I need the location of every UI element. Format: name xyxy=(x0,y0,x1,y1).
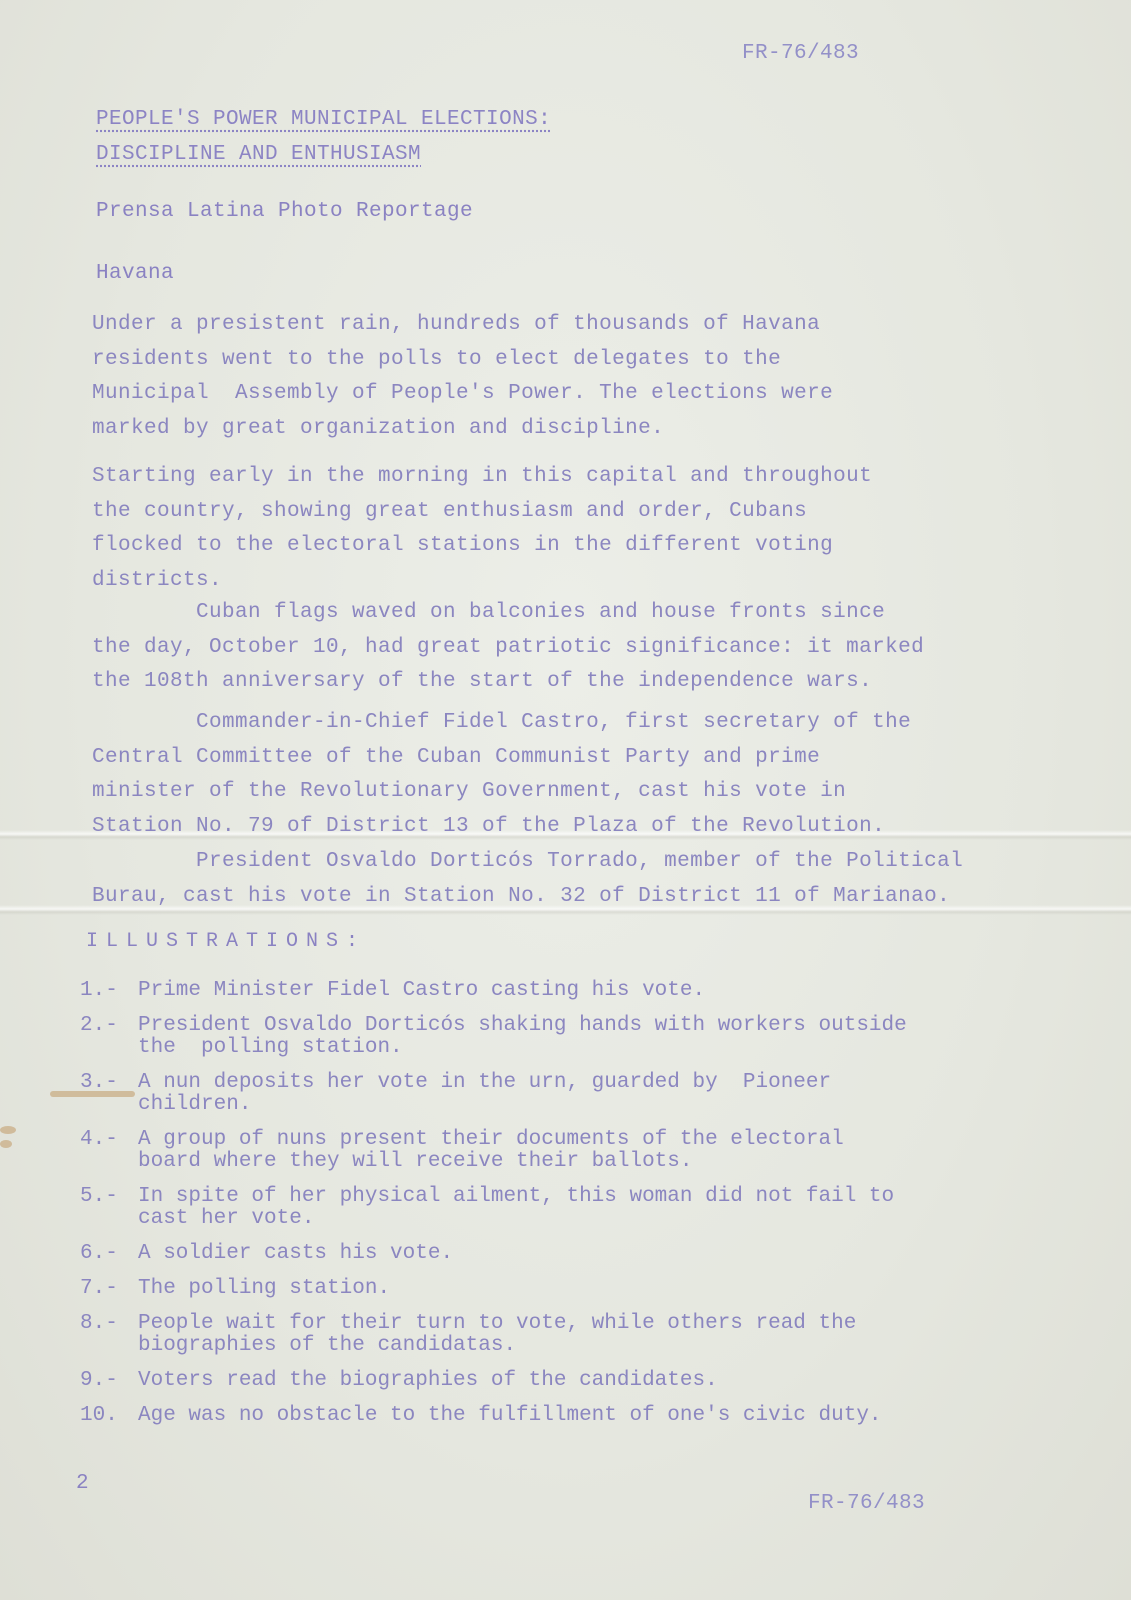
item-number: 10. xyxy=(80,1405,138,1427)
item-number: 2.- xyxy=(80,1015,138,1059)
item-caption: A nun deposits her vote in the urn, guar… xyxy=(138,1072,831,1116)
item-caption: President Osvaldo Dorticós shaking hands… xyxy=(138,1015,907,1059)
item-caption: A soldier casts his vote. xyxy=(138,1243,453,1265)
document-title-line-2: DISCIPLINE AND ENTHUSIASM xyxy=(96,143,421,166)
list-item: 6.-A soldier casts his vote. xyxy=(80,1243,1040,1265)
item-number: 7.- xyxy=(80,1278,138,1300)
list-item: 2.-President Osvaldo Dorticós shaking ha… xyxy=(80,1015,1040,1059)
paragraph: Commander-in-Chief Fidel Castro, first s… xyxy=(92,706,911,844)
illustrations-heading: ILLUSTRATIONS: xyxy=(86,930,366,953)
item-caption: Age was no obstacle to the fulfillment o… xyxy=(138,1405,882,1427)
item-caption: The polling station. xyxy=(138,1278,390,1300)
item-number: 6.- xyxy=(80,1243,138,1265)
list-item: 5.-In spite of her physical ailment, thi… xyxy=(80,1186,1040,1230)
list-item: 9.-Voters read the biographies of the ca… xyxy=(80,1370,1040,1392)
reference-number-bottom: FR-76/483 xyxy=(808,1492,925,1515)
page-number: 2 xyxy=(76,1472,89,1495)
item-caption: Voters read the biographies of the candi… xyxy=(138,1370,718,1392)
item-number: 1.- xyxy=(80,980,138,1002)
document-subtitle: Prensa Latina Photo Reportage xyxy=(96,200,473,223)
item-number: 9.- xyxy=(80,1370,138,1392)
dateline: Havana xyxy=(96,262,174,285)
paragraph: Cuban flags waved on balconies and house… xyxy=(92,596,924,700)
paper-stain xyxy=(0,1126,16,1134)
item-number: 8.- xyxy=(80,1313,138,1357)
item-number: 3.- xyxy=(80,1072,138,1116)
illustrations-list: 1.-Prime Minister Fidel Castro casting h… xyxy=(80,980,1040,1440)
paragraph: Starting early in the morning in this ca… xyxy=(92,460,872,598)
item-number: 4.- xyxy=(80,1129,138,1173)
paper-stain xyxy=(0,1140,12,1148)
paragraph: Under a presistent rain, hundreds of tho… xyxy=(92,308,833,446)
item-caption: A group of nuns present their documents … xyxy=(138,1129,844,1173)
list-item: 8.-People wait for their turn to vote, w… xyxy=(80,1313,1040,1357)
list-item: 1.-Prime Minister Fidel Castro casting h… xyxy=(80,980,1040,1002)
list-item: 7.-The polling station. xyxy=(80,1278,1040,1300)
list-item: 3.-A nun deposits her vote in the urn, g… xyxy=(80,1072,1040,1116)
document-title-line-1: PEOPLE'S POWER MUNICIPAL ELECTIONS: xyxy=(96,108,551,131)
item-caption: In spite of her physical ailment, this w… xyxy=(138,1186,894,1230)
paragraph: President Osvaldo Dorticós Torrado, memb… xyxy=(92,845,963,914)
item-caption: People wait for their turn to vote, whil… xyxy=(138,1313,856,1357)
list-item: 10.Age was no obstacle to the fulfillmen… xyxy=(80,1405,1040,1427)
document-page: FR-76/483 PEOPLE'S POWER MUNICIPAL ELECT… xyxy=(0,0,1131,1600)
item-caption: Prime Minister Fidel Castro casting his … xyxy=(138,980,705,1002)
reference-number-top: FR-76/483 xyxy=(742,42,859,65)
item-number: 5.- xyxy=(80,1186,138,1230)
list-item: 4.-A group of nuns present their documen… xyxy=(80,1129,1040,1173)
